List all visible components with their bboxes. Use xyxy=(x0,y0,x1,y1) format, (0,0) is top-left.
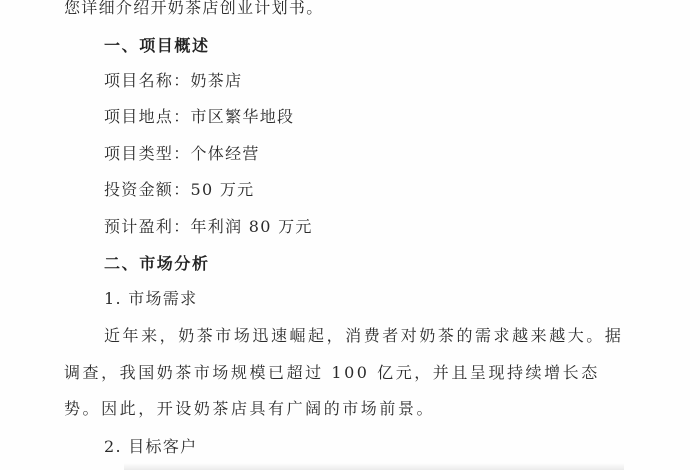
section-heading-project-overview: 一、项目概述 xyxy=(104,36,210,56)
document-page: 您详细介绍开奶茶店创业计划书。 一、项目概述 项目名称：奶茶店 项目地点：市区繁… xyxy=(0,0,700,470)
section-heading-market-analysis: 二、市场分析 xyxy=(104,254,210,274)
paragraph-market-demand-line-1: 近年来，奶茶市场迅速崛起，消费者对奶茶的需求越来越大。据 xyxy=(104,326,623,346)
subheading-market-demand: 1. 市场需求 xyxy=(104,289,197,309)
field-project-location: 项目地点：市区繁华地段 xyxy=(104,107,294,127)
field-investment-amount: 投资金额：50 万元 xyxy=(104,180,254,200)
intro-text-tail: 您详细介绍开奶茶店创业计划书。 xyxy=(64,0,324,18)
subheading-target-customers: 2. 目标客户 xyxy=(104,437,197,457)
paragraph-market-demand-line-3: 势。因此，开设奶茶店具有广阔的市场前景。 xyxy=(64,399,435,419)
field-expected-profit: 预计盈利：年利润 80 万元 xyxy=(104,217,313,237)
field-project-name: 项目名称：奶茶店 xyxy=(104,71,242,91)
field-project-type: 项目类型：个体经营 xyxy=(104,144,260,164)
paragraph-market-demand-line-2: 调查，我国奶茶市场规模已超过 100 亿元，并且呈现持续增长态 xyxy=(64,363,600,383)
cut-off-next-line xyxy=(124,463,624,470)
